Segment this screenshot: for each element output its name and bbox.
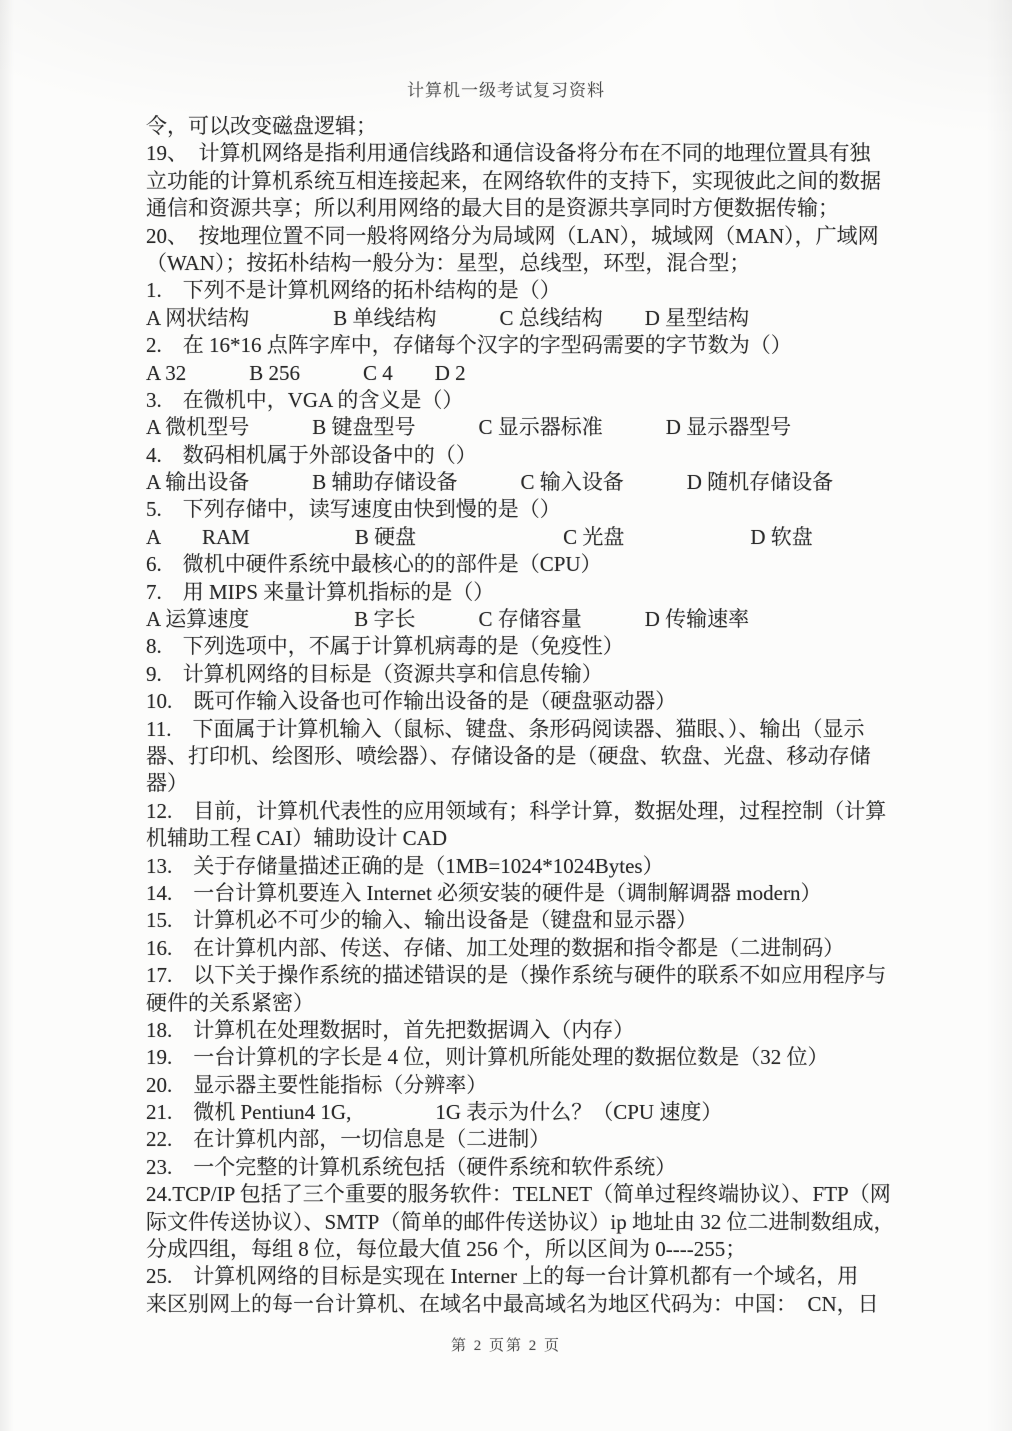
document-body: 令，可以改变磁盘逻辑；19、 计算机网络是指利用通信线路和通信设备将分布在不同的… — [146, 113, 936, 1318]
text-line: 20、 按地理位置不同一般将网络分为局域网（LAN），城域网（MAN），广域网 — [146, 223, 936, 250]
text-line: 5. 下列存储中，读写速度由快到慢的是（） — [146, 496, 936, 523]
text-line: 10. 既可作输入设备也可作输出设备的是（硬盘驱动器） — [146, 688, 936, 715]
text-line: 令，可以改变磁盘逻辑； — [146, 113, 936, 140]
text-line: 19. 一台计算机的字长是 4 位，则计算机所能处理的数据位数是（32 位） — [146, 1044, 936, 1071]
text-line: 20. 显示器主要性能指标（分辨率） — [146, 1072, 936, 1099]
text-line: 12. 目前，计算机代表性的应用领域有；科学计算，数据处理，过程控制（计算 — [146, 798, 936, 825]
page-number-footer: 第 2 页第 2 页 — [0, 1334, 1012, 1355]
text-line: 15. 计算机必不可少的输入、输出设备是（键盘和显示器） — [146, 907, 936, 934]
text-line: 立功能的计算机系统互相连接起来，在网络软件的支持下，实现彼此之间的数据 — [146, 168, 936, 195]
text-line: 1. 下列不是计算机网络的拓朴结构的是（） — [146, 277, 936, 304]
text-line: 2. 在 16*16 点阵字库中，存储每个汉字的字型码需要的字节数为（） — [146, 332, 936, 359]
text-line: 8. 下列选项中，不属于计算机病毒的是（免疫性） — [146, 633, 936, 660]
text-line: 24.TCP/IP 包括了三个重要的服务软件：TELNET（简单过程终端协议）、… — [146, 1181, 936, 1208]
text-line: 9. 计算机网络的目标是（资源共享和信息传输） — [146, 661, 936, 688]
text-line: 18. 计算机在处理数据时，首先把数据调入（内存） — [146, 1017, 936, 1044]
text-line: 13. 关于存储量描述正确的是（1MB=1024*1024Bytes） — [146, 853, 936, 880]
text-line: 23. 一个完整的计算机系统包括（硬件系统和软件系统） — [146, 1154, 936, 1181]
text-line: 硬件的关系紧密） — [146, 990, 936, 1017]
scanned-document-page: 计算机一级考试复习资料 令，可以改变磁盘逻辑；19、 计算机网络是指利用通信线路… — [0, 0, 1012, 1431]
text-line: A 微机型号 B 键盘型号 C 显示器标准 D 显示器型号 — [146, 414, 936, 441]
document-header-title: 计算机一级考试复习资料 — [0, 76, 1012, 101]
text-line: 分成四组，每组 8 位，每位最大值 256 个，所以区间为 0----255； — [146, 1236, 936, 1263]
text-line: A 运算速度 B 字长 C 存储容量 D 传输速率 — [146, 606, 936, 633]
text-line: A RAM B 硬盘 C 光盘 D 软盘 — [146, 524, 936, 551]
text-line: 11. 下面属于计算机输入（鼠标、键盘、条形码阅读器、猫眼、）、输出（显示 — [146, 716, 936, 743]
text-line: A 网状结构 B 单线结构 C 总线结构 D 星型结构 — [146, 305, 936, 332]
text-line: 器、打印机、绘图形、喷绘器）、存储设备的是（硬盘、软盘、光盘、移动存储 — [146, 743, 936, 770]
text-line: A 32 B 256 C 4 D 2 — [146, 360, 936, 387]
text-line: 通信和资源共享；所以利用网络的最大目的是资源共享同时方便数据传输； — [146, 195, 936, 222]
text-line: 4. 数码相机属于外部设备中的（） — [146, 442, 936, 469]
text-line: （WAN）；按拓朴结构一般分为：星型，总线型，环型，混合型； — [146, 250, 936, 277]
text-line: 17. 以下关于操作系统的描述错误的是（操作系统与硬件的联系不如应用程序与 — [146, 962, 936, 989]
text-line: 16. 在计算机内部、传送、存储、加工处理的数据和指令都是（二进制码） — [146, 935, 936, 962]
text-line: 19、 计算机网络是指利用通信线路和通信设备将分布在不同的地理位置具有独 — [146, 140, 936, 167]
text-line: A 输出设备 B 辅助存储设备 C 输入设备 D 随机存储设备 — [146, 469, 936, 496]
text-line: 21. 微机 Pentiun4 1G, 1G 表示为什么？（CPU 速度） — [146, 1099, 936, 1126]
text-line: 际文件传送协议）、SMTP（简单的邮件传送协议）ip 地址由 32 位二进制数组… — [146, 1209, 936, 1236]
text-line: 机辅助工程 CAI）辅助设计 CAD — [146, 825, 936, 852]
text-line: 3. 在微机中，VGA 的含义是（） — [146, 387, 936, 414]
text-line: 14. 一台计算机要连入 Internet 必须安装的硬件是（调制解调器 mod… — [146, 880, 936, 907]
text-line: 7. 用 MIPS 来量计算机指标的是（） — [146, 579, 936, 606]
text-line: 25. 计算机网络的目标是实现在 Interner 上的每一台计算机都有一个域名… — [146, 1263, 936, 1290]
text-line: 器） — [146, 770, 936, 797]
text-line: 22. 在计算机内部，一切信息是（二进制） — [146, 1126, 936, 1153]
text-line: 6. 微机中硬件系统中最核心的的部件是（CPU） — [146, 551, 936, 578]
text-line: 来区别网上的每一台计算机、在域名中最高域名为地区代码为：中国： CN，日 — [146, 1291, 936, 1318]
